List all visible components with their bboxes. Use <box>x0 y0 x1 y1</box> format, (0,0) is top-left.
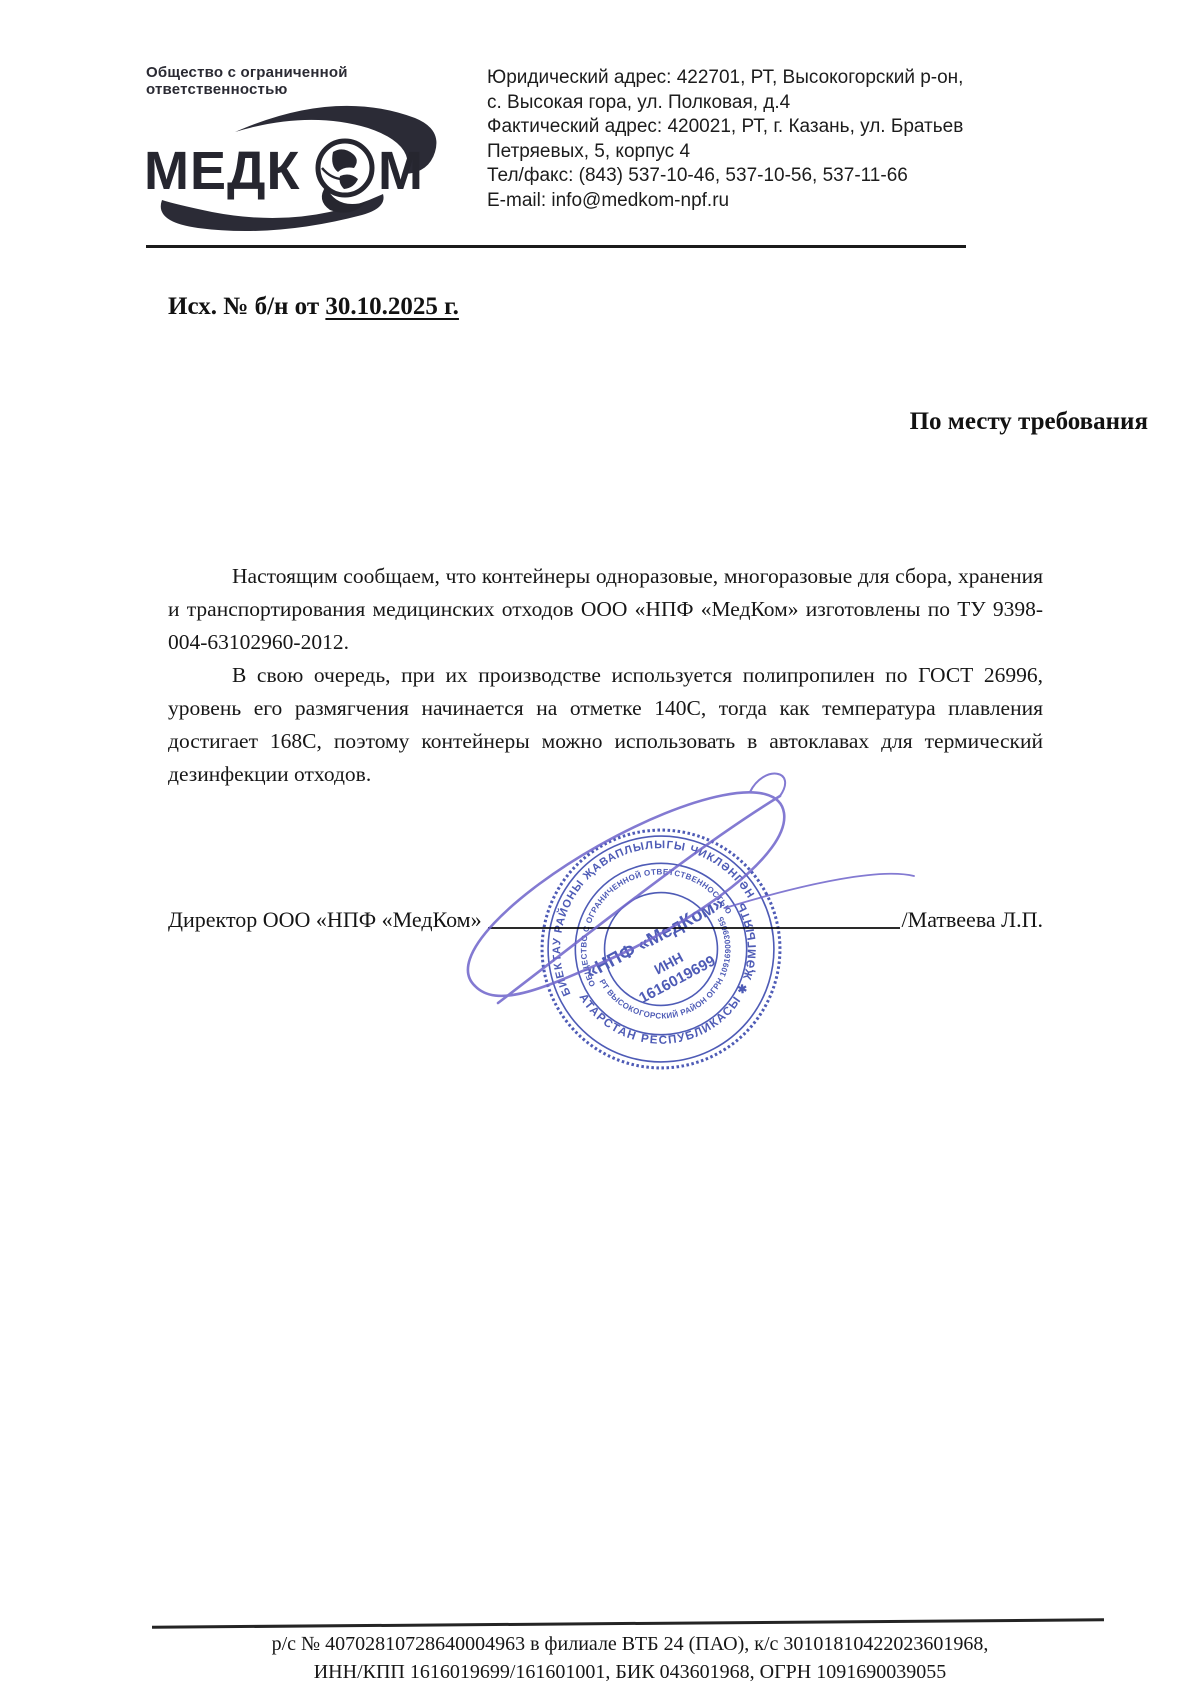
bank-details: р/с № 40702810728640004963 в филиале ВТБ… <box>150 1630 1110 1686</box>
logo-text-left: МЕДК <box>144 141 300 201</box>
header-divider <box>146 245 966 248</box>
actual-address-line2: Петряевых, 5, корпус 4 <box>487 140 987 165</box>
legal-address-line1: Юридический адрес: 422701, РТ, Высокогор… <box>487 66 987 91</box>
reference-date: 30.10.2025 г. <box>325 293 459 320</box>
stamp-icon: БИЕКТАУ РАЙОНЫ ҖАВАПЛЫЛЫГЫ ЧИКЛӘНГӘН ТАТ… <box>491 779 832 1120</box>
logo-text-right: М <box>378 141 423 201</box>
actual-address-line1: Фактический адрес: 420021, РТ, г. Казань… <box>487 115 987 140</box>
letter-page: Общество с ограниченной ответственностью… <box>0 0 1200 1697</box>
contact-block: Юридический адрес: 422701, РТ, Высокогор… <box>487 66 987 213</box>
body-paragraph-1: Настоящим сообщаем, что контейнеры однор… <box>168 560 1043 659</box>
bank-details-line1: р/с № 40702810728640004963 в филиале ВТБ… <box>150 1630 1110 1658</box>
globe-icon <box>318 141 372 213</box>
bank-details-line2: ИНН/КПП 1616019699/161601001, БИК 043601… <box>150 1658 1110 1686</box>
director-title: Директор ООО «НПФ «МедКом» <box>168 907 482 933</box>
medkom-logo-icon: МЕДК М <box>140 82 450 232</box>
letter-body: Настоящим сообщаем, что контейнеры однор… <box>168 560 1043 791</box>
company-stamp: БИЕКТАУ РАЙОНЫ ҖАВАПЛЫЛЫГЫ ЧИКЛӘНГӘН ТАТ… <box>491 779 832 1120</box>
legal-address-line2: с. Высокая гора, ул. Полковая, д.4 <box>487 91 987 116</box>
addressee-label: По месту требования <box>0 408 1148 436</box>
director-name: /Матвеева Л.П. <box>902 907 1043 933</box>
reference-prefix: Исх. № б/н от <box>168 293 325 320</box>
body-paragraph-2: В свою очередь, при их производстве испо… <box>168 659 1043 791</box>
medkom-logo: МЕДК М <box>140 82 450 232</box>
email-line: E-mail: info@medkom-npf.ru <box>487 189 987 214</box>
outgoing-reference: Исх. № б/н от 30.10.2025 г. <box>168 293 459 321</box>
footer-divider <box>152 1618 1104 1628</box>
phone-fax-line: Тел/факс: (843) 537-10-46, 537-10-56, 53… <box>487 164 987 189</box>
